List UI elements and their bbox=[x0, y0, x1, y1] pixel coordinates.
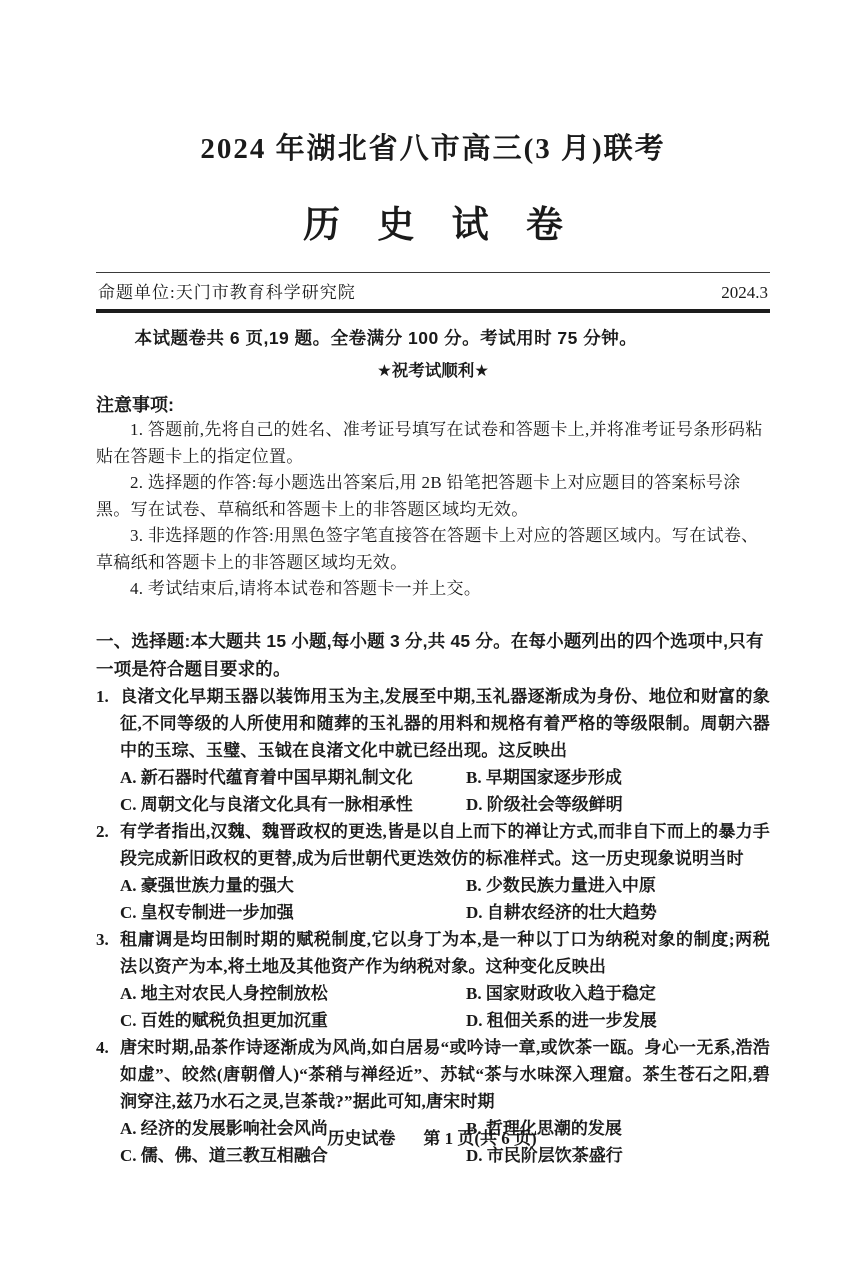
option-c: C. 皇权专制进一步加强 bbox=[120, 899, 466, 926]
exam-wish-line: ★祝考试顺利★ bbox=[96, 357, 770, 381]
notice-item-4: 4. 考试结束后,请将本试卷和答题卡一并上交。 bbox=[96, 576, 770, 603]
question-stem: 有学者指出,汉魏、魏晋政权的更迭,皆是以自上而下的禅让方式,而非自下而上的暴力手… bbox=[120, 818, 770, 872]
option-b: B. 国家财政收入趋于稳定 bbox=[466, 980, 770, 1007]
option-b: B. 少数民族力量进入中原 bbox=[466, 872, 770, 899]
notice-item-1: 1. 答题前,先将自己的姓名、准考证号填写在试卷和答题卡上,并将准考证号条形码粘… bbox=[96, 417, 770, 470]
page-footer: 历史试卷 第 1 页(共 6 页) bbox=[0, 1124, 864, 1149]
option-b: B. 早期国家逐步形成 bbox=[466, 764, 770, 791]
option-d: D. 租佃关系的进一步发展 bbox=[466, 1007, 770, 1034]
footer-page-number: 第 1 页(共 6 页) bbox=[423, 1124, 536, 1149]
double-rule-divider bbox=[96, 309, 770, 313]
question-options: A. 新石器时代蕴育着中国早期礼制文化 B. 早期国家逐步形成 C. 周朝文化与… bbox=[120, 764, 770, 818]
exam-page: 2024 年湖北省八市高三(3 月)联考 历 史 试 卷 命题单位:天门市教育科… bbox=[0, 0, 864, 1268]
footer-doc-name: 历史试卷 bbox=[327, 1124, 395, 1149]
option-a: A. 豪强世族力量的强大 bbox=[120, 872, 466, 899]
question-number: 4. bbox=[96, 1034, 120, 1061]
option-c: C. 百姓的赋税负担更加沉重 bbox=[120, 1007, 466, 1034]
option-d: D. 阶级社会等级鲜明 bbox=[466, 791, 770, 818]
question-number: 3. bbox=[96, 926, 120, 953]
notice-item-3: 3. 非选择题的作答:用黑色签字笔直接答在答题卡上对应的答题区域内。写在试卷、草… bbox=[96, 523, 770, 576]
question-stem: 租庸调是均田制时期的赋税制度,它以身丁为本,是一种以丁口为纳税对象的制度;两税法… bbox=[120, 926, 770, 980]
issuer-label: 命题单位:天门市教育科学研究院 bbox=[98, 278, 356, 303]
question-3: 3. 租庸调是均田制时期的赋税制度,它以身丁为本,是一种以丁口为纳税对象的制度;… bbox=[96, 926, 770, 1034]
exam-info-line: 本试题卷共 6 页,19 题。全卷满分 100 分。考试用时 75 分钟。 bbox=[96, 325, 770, 350]
question-options: A. 地主对农民人身控制放松 B. 国家财政收入趋于稳定 C. 百姓的赋税负担更… bbox=[120, 980, 770, 1034]
issue-date: 2024.3 bbox=[721, 283, 768, 303]
question-number: 1. bbox=[96, 683, 120, 710]
question-1: 1. 良渚文化早期玉器以装饰用玉为主,发展至中期,玉礼器逐渐成为身份、地位和财富… bbox=[96, 683, 770, 818]
question-number: 2. bbox=[96, 818, 120, 845]
option-c: C. 周朝文化与良渚文化具有一脉相承性 bbox=[120, 791, 466, 818]
page-title: 2024 年湖北省八市高三(3 月)联考 bbox=[96, 126, 770, 167]
option-d: D. 自耕农经济的壮大趋势 bbox=[466, 899, 770, 926]
question-stem: 唐宋时期,品茶作诗逐渐成为风尚,如白居易“或吟诗一章,或饮茶一瓯。身心一无系,浩… bbox=[120, 1034, 770, 1115]
question-stem: 良渚文化早期玉器以装饰用玉为主,发展至中期,玉礼器逐渐成为身份、地位和财富的象征… bbox=[120, 683, 770, 764]
option-a: A. 新石器时代蕴育着中国早期礼制文化 bbox=[120, 764, 466, 791]
option-a: A. 地主对农民人身控制放松 bbox=[120, 980, 466, 1007]
notice-title: 注意事项: bbox=[96, 391, 770, 417]
notice-item-2: 2. 选择题的作答:每小题选出答案后,用 2B 铅笔把答题卡上对应题目的答案标号… bbox=[96, 470, 770, 523]
question-2: 2. 有学者指出,汉魏、魏晋政权的更迭,皆是以自上而下的禅让方式,而非自下而上的… bbox=[96, 818, 770, 926]
issuer-row: 命题单位:天门市教育科学研究院 2024.3 bbox=[96, 272, 770, 309]
section-header-choice: 一、选择题:本大题共 15 小题,每小题 3 分,共 45 分。在每小题列出的四… bbox=[96, 627, 770, 683]
exam-subject-title: 历 史 试 卷 bbox=[96, 194, 770, 248]
question-options: A. 豪强世族力量的强大 B. 少数民族力量进入中原 C. 皇权专制进一步加强 … bbox=[120, 872, 770, 926]
